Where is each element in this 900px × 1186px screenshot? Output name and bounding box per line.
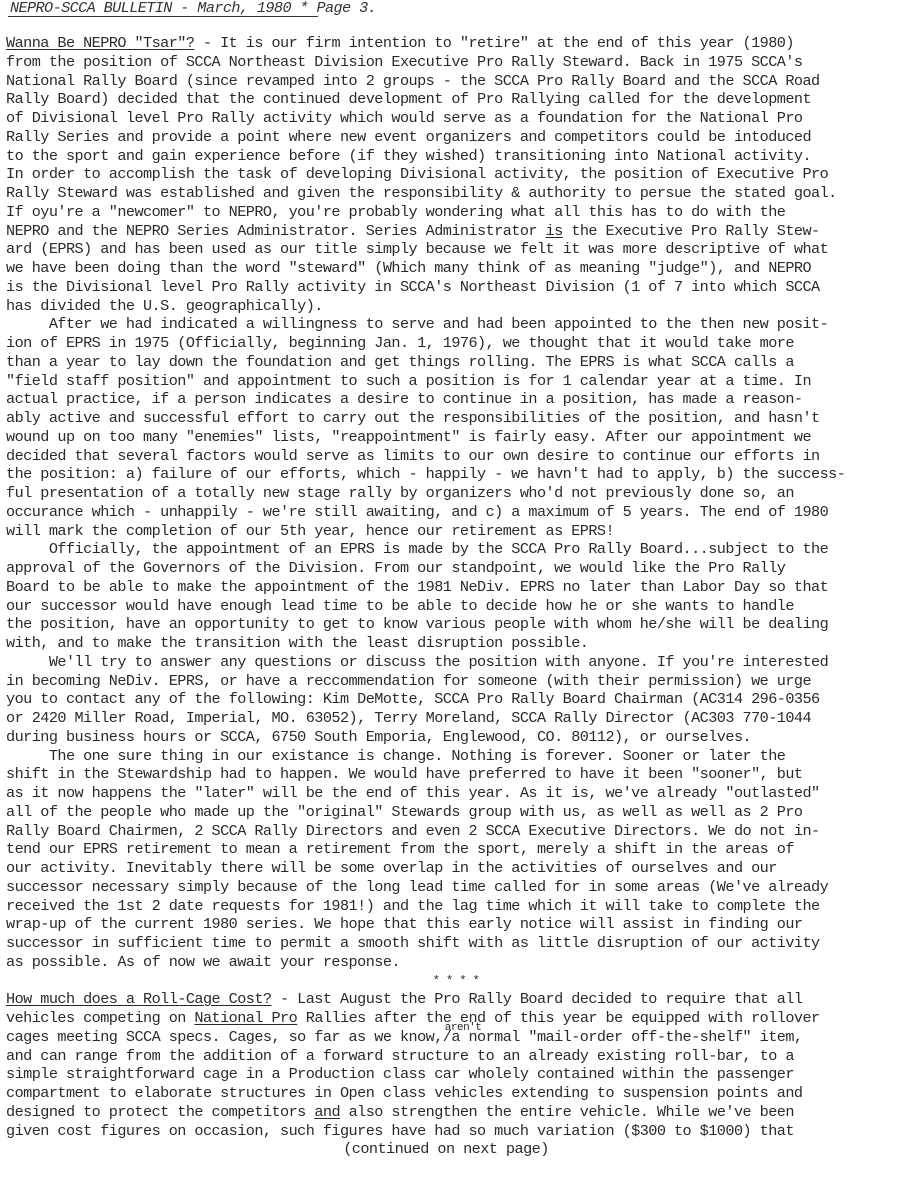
article-line: Rally Board Chairmen, 2 SCCA Rally Direc… — [6, 822, 886, 841]
article-line: than a year to lay down the foundation a… — [6, 353, 886, 372]
article-line: will mark the completion of our 5th year… — [6, 522, 886, 541]
article-line: with, and to make the transition with th… — [6, 634, 886, 653]
article-line: during business hours or SCCA, 6750 Sout… — [6, 728, 886, 747]
article-line: successor in sufficient time to permit a… — [6, 934, 886, 953]
article-line: ably active and successful effort to car… — [6, 409, 886, 428]
article-line: Rally Board) decided that the continued … — [6, 90, 886, 109]
article-line: the position, have an opportunity to get… — [6, 615, 886, 634]
article-line: The one sure thing in our existance is c… — [6, 747, 886, 766]
article-line: Officially, the appointment of an EPRS i… — [6, 540, 886, 559]
article-line: our activity. Inevitably there will be s… — [6, 859, 886, 878]
article-line: We'll try to answer any questions or dis… — [6, 653, 886, 672]
article-line: occurance which - unhappily - we're stil… — [6, 503, 886, 522]
article-line: Rally Series and provide a point where n… — [6, 128, 886, 147]
article-text: - It is our firm intention to "retire" a… — [194, 34, 793, 52]
article-line: all of the people who made up the "origi… — [6, 803, 886, 822]
article-text: cages meeting SCCA specs. Cages, so far … — [6, 1028, 443, 1046]
article-line: designed to protect the competitors and … — [6, 1103, 886, 1122]
article-line: successor necessary simply because of th… — [6, 878, 886, 897]
underlined-text: and — [314, 1103, 340, 1121]
article-tsar: Wanna Be NEPRO "Tsar"? - It is our firm … — [6, 34, 886, 972]
bulletin-page: NEPRO-SCCA BULLETIN - March, 1980 * Page… — [0, 0, 900, 1186]
article-line: given cost figures on occasion, such fig… — [6, 1122, 886, 1141]
article-line: simple straightforward cage in a Product… — [6, 1065, 886, 1084]
article-line: shift in the Stewardship had to happen. … — [6, 765, 886, 784]
article-line: tend our EPRS retirement to mean a retir… — [6, 840, 886, 859]
article-line: Wanna Be NEPRO "Tsar"? - It is our firm … — [6, 34, 886, 53]
article-text: NEPRO and the NEPRO Series Administrator… — [6, 222, 546, 240]
article-line: compartment to elaborate structures in O… — [6, 1084, 886, 1103]
article-heading: How much does a Roll-Cage Cost? — [6, 990, 271, 1008]
article-line: you to contact any of the following: Kim… — [6, 690, 886, 709]
article-line: we have been doing than the word "stewar… — [6, 259, 886, 278]
underlined-text: National Pro — [194, 1009, 297, 1027]
article-line: If oyu're a "newcomer" to NEPRO, you're … — [6, 203, 886, 222]
article-line: actual practice, if a person indicates a… — [6, 390, 886, 409]
article-line: in becoming NeDiv. EPRS, or have a recco… — [6, 672, 886, 691]
article-line: our successor would have enough lead tim… — [6, 597, 886, 616]
article-text: designed to protect the competitors — [6, 1103, 314, 1121]
article-line: to the sport and gain experience before … — [6, 147, 886, 166]
article-line: wrap-up of the current 1980 series. We h… — [6, 915, 886, 934]
article-line: ard (EPRS) and has been used as our titl… — [6, 240, 886, 259]
article-line: approval of the Governors of the Divisio… — [6, 559, 886, 578]
article-line: How much does a Roll-Cage Cost? - Last A… — [6, 990, 886, 1009]
article-line: received the 1st 2 date requests for 198… — [6, 897, 886, 916]
bulletin-body: Wanna Be NEPRO "Tsar"? - It is our firm … — [6, 34, 886, 1159]
article-line: as it now happens the "later" will be th… — [6, 784, 886, 803]
article-line: National Rally Board (since revamped int… — [6, 72, 886, 91]
article-line: and can range from the addition of a for… — [6, 1047, 886, 1066]
article-text: also strengthen the entire vehicle. Whil… — [340, 1103, 794, 1121]
article-line: "field staff position" and appointment t… — [6, 372, 886, 391]
article-line: as possible. As of now we await your res… — [6, 953, 886, 972]
article-line: the position: a) failure of our efforts,… — [6, 465, 886, 484]
article-line: Board to be able to make the appointment… — [6, 578, 886, 597]
article-text: vehicles competing on — [6, 1009, 194, 1027]
continued-note: (continued on next page) — [6, 1140, 886, 1159]
article-line: cages meeting SCCA specs. Cages, so far … — [6, 1028, 886, 1047]
section-separator: * * * * — [6, 972, 886, 991]
article-line: ful presentation of a totally new stage … — [6, 484, 886, 503]
page-header: NEPRO-SCCA BULLETIN - March, 1980 * Page… — [10, 0, 376, 16]
article-line: of Divisional level Pro Rally activity w… — [6, 109, 886, 128]
article-line: has divided the U.S. geographically). — [6, 297, 886, 316]
article-heading: Wanna Be NEPRO "Tsar"? — [6, 34, 194, 52]
article-line: decided that several factors would serve… — [6, 447, 886, 466]
article-line: NEPRO and the NEPRO Series Administrator… — [6, 222, 886, 241]
article-line: wound up on too many "enemies" lists, "r… — [6, 428, 886, 447]
article-line: Rally Steward was established and given … — [6, 184, 886, 203]
insertion-text: aren't — [445, 1019, 482, 1038]
header-underline — [8, 16, 318, 17]
article-line: After we had indicated a willingness to … — [6, 315, 886, 334]
article-text: the Executive Pro Rally Stew- — [563, 222, 820, 240]
article-text: - Last August the Pro Rally Board decide… — [271, 990, 802, 1008]
article-roll-cage: How much does a Roll-Cage Cost? - Last A… — [6, 990, 886, 1140]
article-line: is the Divisional level Pro Rally activi… — [6, 278, 886, 297]
article-text: /a normal "mail-order off-the-shelf" ite… — [443, 1028, 803, 1046]
underlined-text: is — [546, 222, 563, 240]
article-text: Rallies after the end of this year be eq… — [297, 1009, 819, 1027]
article-line: In order to accomplish the task of devel… — [6, 165, 886, 184]
article-line: ion of EPRS in 1975 (Officially, beginni… — [6, 334, 886, 353]
article-line: or 2420 Miller Road, Imperial, MO. 63052… — [6, 709, 886, 728]
article-line: from the position of SCCA Northeast Divi… — [6, 53, 886, 72]
